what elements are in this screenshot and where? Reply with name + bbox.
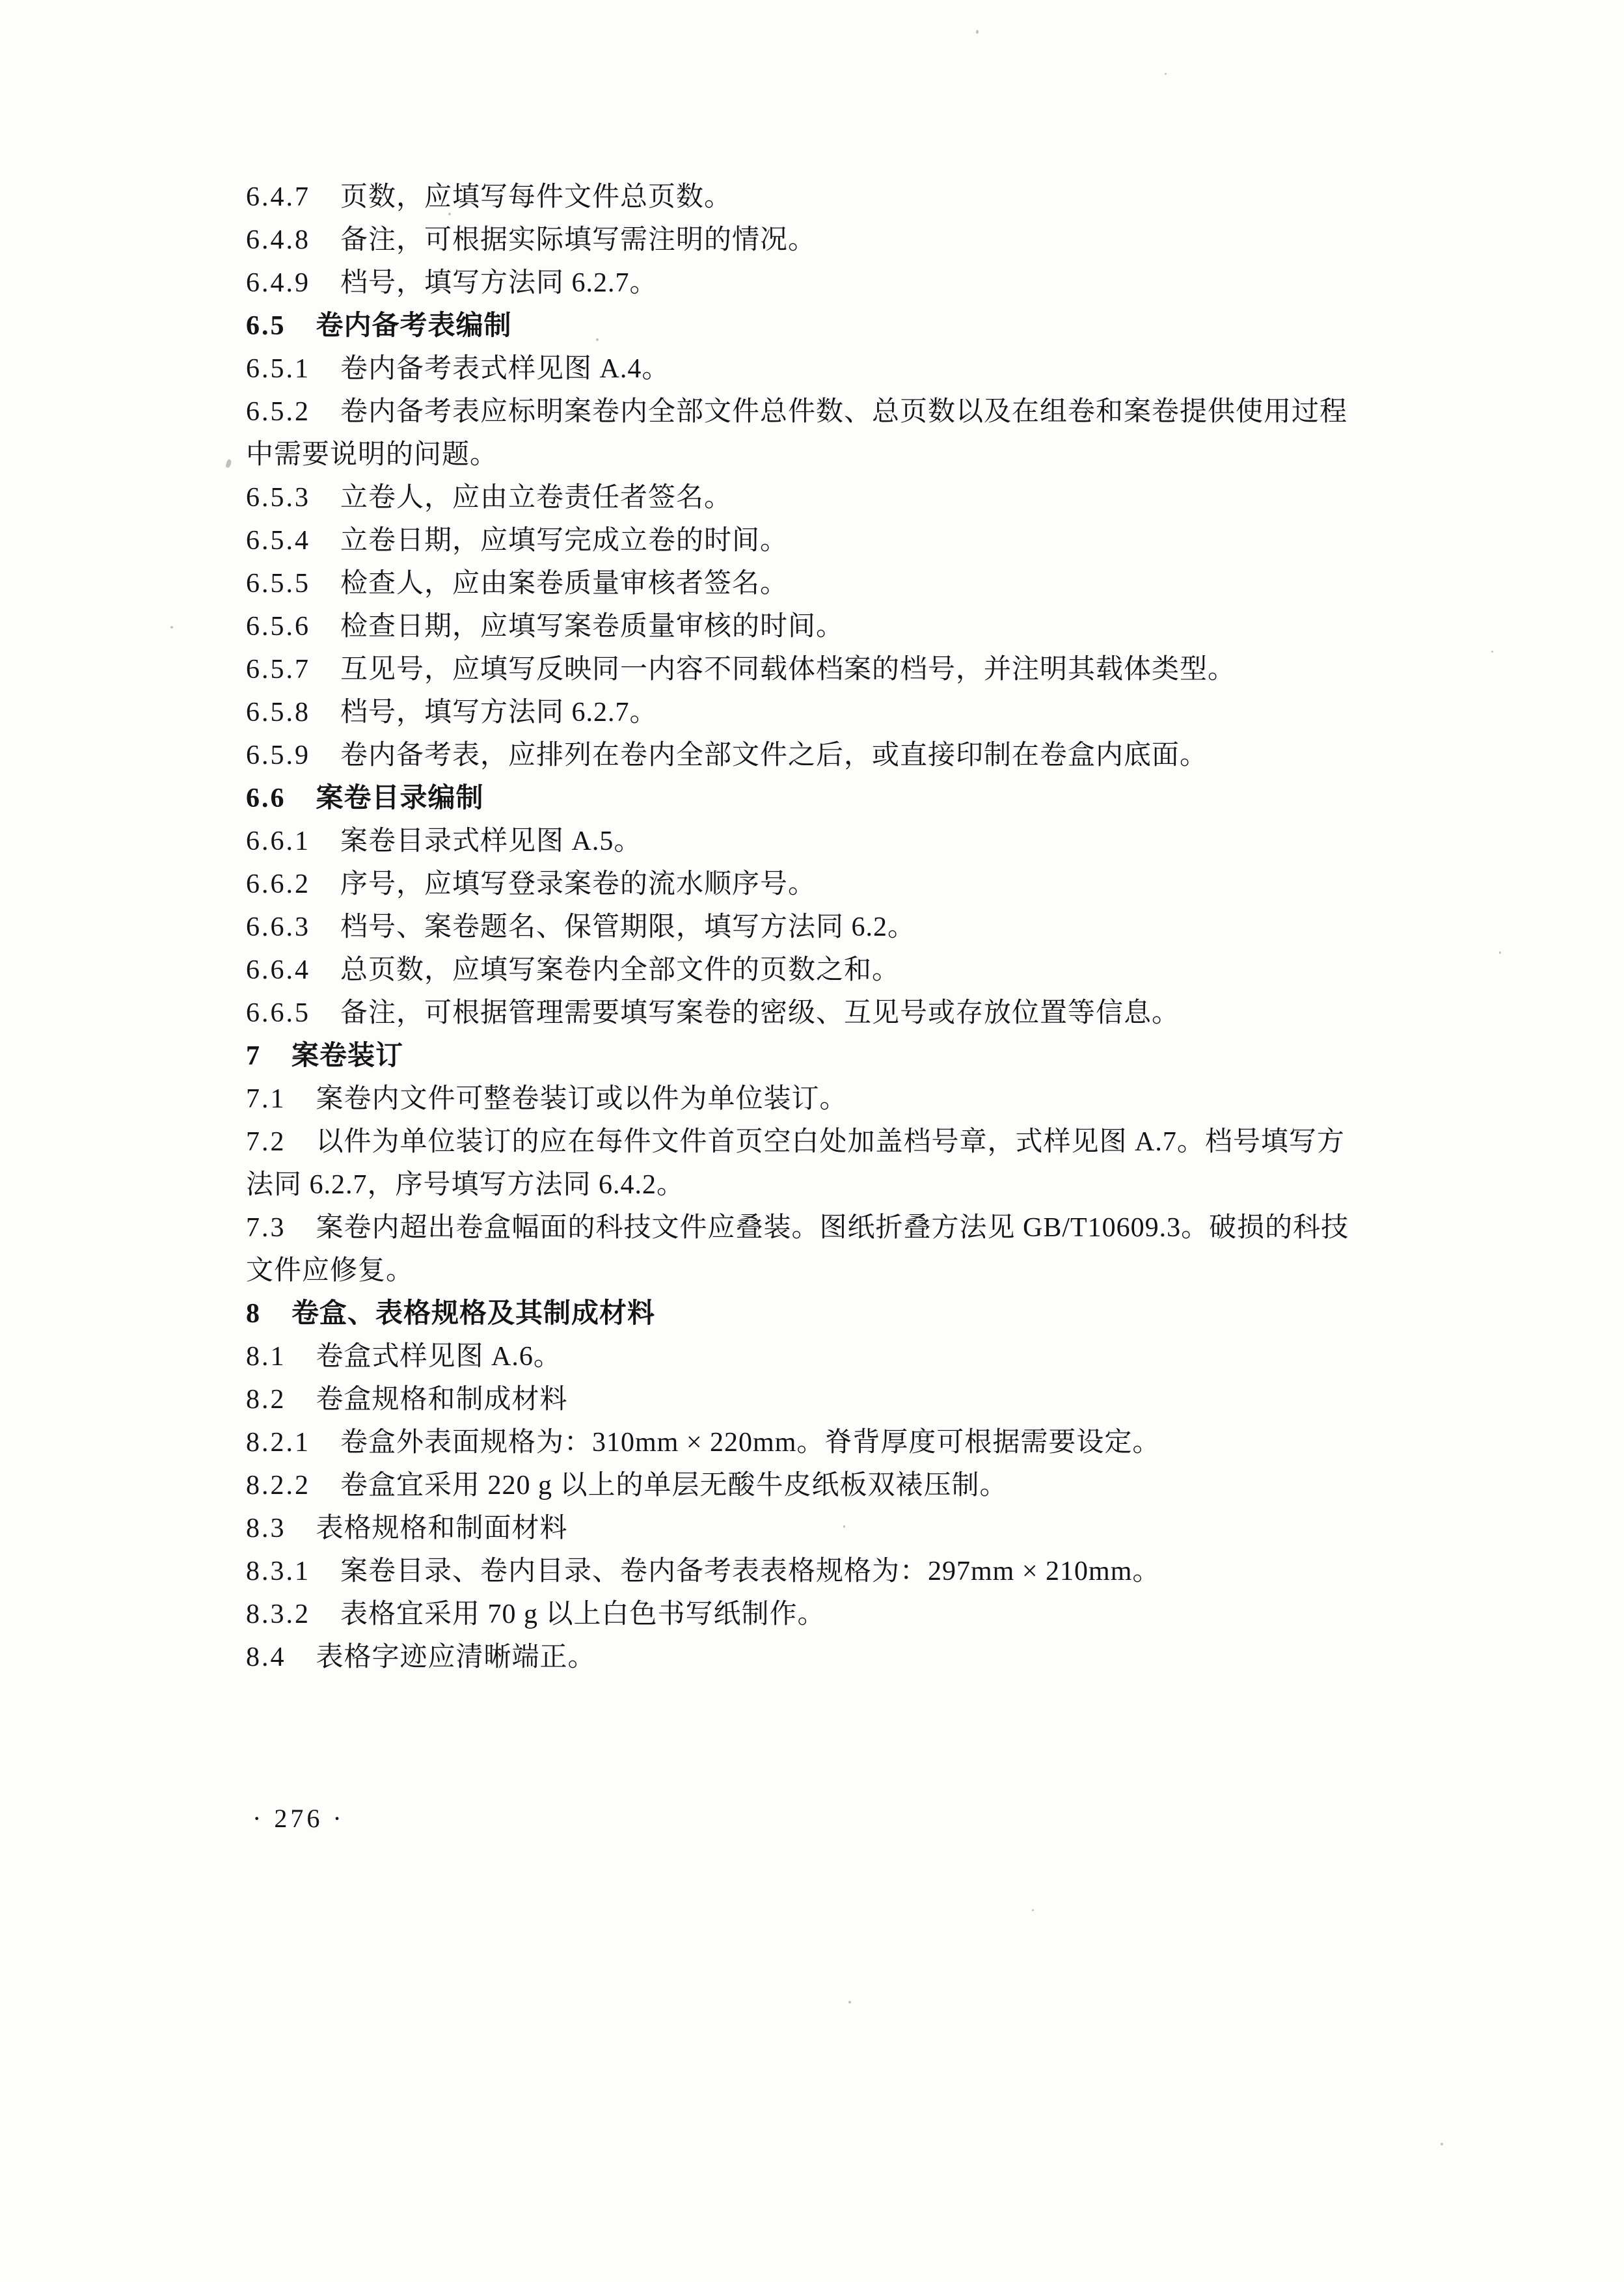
clause-number: 8.2.2: [246, 1464, 310, 1507]
clause-number: 6.5.1: [246, 347, 310, 390]
clause-number: 8.2: [246, 1378, 286, 1421]
clause-number: 7.2: [246, 1121, 286, 1163]
clause-number: 6.6.2: [246, 863, 310, 906]
clause-number: 6.4.8: [246, 219, 310, 262]
clause-text: 卷盒、表格规格及其制成材料: [291, 1292, 655, 1335]
clause-line: 8.2.1卷盒外表面规格为：310mm × 220mm。脊背厚度可根据需要设定。: [246, 1421, 1417, 1464]
clause-text: 立卷人，应由立卷责任者签名。: [340, 476, 732, 519]
scan-speck: [170, 626, 173, 629]
clause-text: 卷内备考表编制: [316, 305, 512, 347]
clause-line: 6.5.5检查人，应由案卷质量审核者签名。: [246, 562, 1417, 605]
clause-text: 档号，填写方法同 6.2.7。: [340, 691, 658, 734]
clause-text: 案卷装订: [291, 1035, 403, 1078]
page-number: · 276 ·: [252, 1802, 345, 1835]
clause-line: 6.6.5备注，可根据管理需要填写案卷的密级、互见号或存放位置等信息。: [246, 992, 1417, 1035]
clause-number: 6.6: [246, 777, 286, 820]
clause-line: 6.4.9档号，填写方法同 6.2.7。: [246, 262, 1417, 305]
clause-number: 7.3: [246, 1206, 286, 1249]
clause-heading: 6.6案卷目录编制: [246, 777, 1417, 820]
clause-number: 6.6.1: [246, 820, 310, 863]
clause-number: 7.1: [246, 1078, 286, 1121]
clause-text: 卷内备考表应标明案卷内全部文件总件数、总页数以及在组卷和案卷提供使用过程: [340, 390, 1347, 433]
clause-number: 6.6.4: [246, 949, 310, 992]
scan-speck: [225, 459, 232, 469]
clause-text: 中需要说明的问题。: [246, 433, 498, 476]
clause-text: 案卷目录编制: [316, 777, 484, 820]
clause-line: 中需要说明的问题。: [246, 433, 1417, 476]
clause-text: 文件应修复。: [246, 1249, 414, 1292]
clause-line: 8.3表格规格和制面材料: [246, 1507, 1417, 1550]
clause-line: 6.5.7互见号，应填写反映同一内容不同载体档案的档号，并注明其载体类型。: [246, 648, 1417, 691]
clause-line: 7.3案卷内超出卷盒幅面的科技文件应叠装。图纸折叠方法见 GB/T10609.3…: [246, 1206, 1417, 1249]
clause-text: 卷盒宜采用 220 g 以上的单层无酸牛皮纸板双裱压制。: [340, 1464, 1008, 1507]
clause-number: 6.5.9: [246, 734, 310, 777]
clause-text: 检查人，应由案卷质量审核者签名。: [340, 562, 788, 605]
scan-speck: [448, 213, 451, 215]
clause-heading: 8卷盒、表格规格及其制成材料: [246, 1292, 1417, 1335]
clause-text: 检查日期，应填写案卷质量审核的时间。: [340, 605, 844, 648]
clause-text: 序号，应填写登录案卷的流水顺序号。: [340, 863, 816, 906]
clause-number: 8.3: [246, 1507, 286, 1550]
document-body: 6.4.7页数，应填写每件文件总页数。6.4.8备注，可根据实际填写需注明的情况…: [246, 176, 1417, 1679]
clause-heading: 6.5卷内备考表编制: [246, 305, 1417, 347]
clause-number: 6.5.2: [246, 390, 310, 433]
clause-text: 案卷内文件可整卷装订或以件为单位装订。: [316, 1078, 848, 1121]
clause-text: 表格宜采用 70 g 以上白色书写纸制作。: [340, 1593, 826, 1636]
clause-text: 卷盒外表面规格为：310mm × 220mm。脊背厚度可根据需要设定。: [340, 1421, 1160, 1464]
scan-speck: [848, 2001, 851, 2004]
clause-line: 6.5.1卷内备考表式样见图 A.4。: [246, 347, 1417, 390]
clause-line: 6.4.8备注，可根据实际填写需注明的情况。: [246, 219, 1417, 262]
clause-text: 法同 6.2.7，序号填写方法同 6.4.2。: [246, 1163, 684, 1206]
clause-text: 以件为单位装订的应在每件文件首页空白处加盖档号章，式样见图 A.7。档号填写方: [316, 1121, 1345, 1163]
clause-text: 表格规格和制面材料: [316, 1507, 568, 1550]
clause-line: 8.2.2卷盒宜采用 220 g 以上的单层无酸牛皮纸板双裱压制。: [246, 1464, 1417, 1507]
clause-line: 6.4.7页数，应填写每件文件总页数。: [246, 176, 1417, 219]
clause-number: 6.5.7: [246, 648, 310, 691]
clause-number: 8.2.1: [246, 1421, 310, 1464]
clause-line: 6.6.4总页数，应填写案卷内全部文件的页数之和。: [246, 949, 1417, 992]
clause-number: 8: [246, 1292, 262, 1335]
clause-line: 6.5.2卷内备考表应标明案卷内全部文件总件数、总页数以及在组卷和案卷提供使用过…: [246, 390, 1417, 433]
clause-number: 8.4: [246, 1636, 286, 1679]
scan-speck: [1441, 2143, 1443, 2145]
clause-text: 备注，可根据管理需要填写案卷的密级、互见号或存放位置等信息。: [340, 992, 1180, 1035]
clause-text: 档号、案卷题名、保管期限，填写方法同 6.2。: [340, 906, 915, 949]
clause-text: 卷内备考表，应排列在卷内全部文件之后，或直接印制在卷盒内底面。: [340, 734, 1208, 777]
clause-number: 8.3.1: [246, 1550, 310, 1593]
clause-line: 6.5.8档号，填写方法同 6.2.7。: [246, 691, 1417, 734]
clause-line: 6.5.3立卷人，应由立卷责任者签名。: [246, 476, 1417, 519]
scan-speck: [843, 1525, 845, 1528]
clause-number: 8.3.2: [246, 1593, 310, 1636]
clause-line: 8.4表格字迹应清晰端正。: [246, 1636, 1417, 1679]
clause-line: 6.5.9卷内备考表，应排列在卷内全部文件之后，或直接印制在卷盒内底面。: [246, 734, 1417, 777]
clause-text: 卷盒规格和制成材料: [316, 1378, 568, 1421]
clause-text: 案卷目录、卷内目录、卷内备考表表格规格为：297mm × 210mm。: [340, 1550, 1160, 1593]
scan-speck: [1499, 951, 1501, 954]
clause-line: 6.5.4立卷日期，应填写完成立卷的时间。: [246, 519, 1417, 562]
clause-line: 8.1卷盒式样见图 A.6。: [246, 1335, 1417, 1378]
clause-line: 6.6.1案卷目录式样见图 A.5。: [246, 820, 1417, 863]
scan-speck: [1032, 1909, 1034, 1911]
clause-text: 页数，应填写每件文件总页数。: [340, 176, 732, 219]
clause-line: 7.1案卷内文件可整卷装订或以件为单位装订。: [246, 1078, 1417, 1121]
clause-number: 6.5.8: [246, 691, 310, 734]
clause-number: 7: [246, 1035, 262, 1078]
clause-line: 7.2以件为单位装订的应在每件文件首页空白处加盖档号章，式样见图 A.7。档号填…: [246, 1121, 1417, 1163]
scan-speck: [976, 30, 979, 34]
scanned-page: 6.4.7页数，应填写每件文件总页数。6.4.8备注，可根据实际填写需注明的情况…: [0, 0, 1624, 2282]
clause-line: 8.3.2表格宜采用 70 g 以上白色书写纸制作。: [246, 1593, 1417, 1636]
clause-text: 档号，填写方法同 6.2.7。: [340, 262, 658, 305]
clause-number: 6.5.5: [246, 562, 310, 605]
clause-number: 6.6.5: [246, 992, 310, 1035]
scan-speck: [596, 338, 599, 341]
scan-speck: [1491, 651, 1493, 653]
clause-text: 卷内备考表式样见图 A.4。: [340, 347, 670, 390]
scan-speck: [1165, 73, 1167, 75]
clause-number: 6.5: [246, 305, 286, 347]
clause-line: 文件应修复。: [246, 1249, 1417, 1292]
clause-text: 案卷目录式样见图 A.5。: [340, 820, 642, 863]
clause-number: 6.6.3: [246, 906, 310, 949]
clause-number: 6.5.4: [246, 519, 310, 562]
clause-text: 立卷日期，应填写完成立卷的时间。: [340, 519, 788, 562]
clause-line: 8.2卷盒规格和制成材料: [246, 1378, 1417, 1421]
clause-line: 6.5.6检查日期，应填写案卷质量审核的时间。: [246, 605, 1417, 648]
clause-number: 6.5.6: [246, 605, 310, 648]
clause-text: 总页数，应填写案卷内全部文件的页数之和。: [340, 949, 900, 992]
clause-text: 案卷内超出卷盒幅面的科技文件应叠装。图纸折叠方法见 GB/T10609.3。破损…: [316, 1206, 1349, 1249]
clause-text: 卷盒式样见图 A.6。: [316, 1335, 562, 1378]
clause-line: 法同 6.2.7，序号填写方法同 6.4.2。: [246, 1163, 1417, 1206]
clause-number: 8.1: [246, 1335, 286, 1378]
clause-number: 6.5.3: [246, 476, 310, 519]
clause-line: 6.6.3档号、案卷题名、保管期限，填写方法同 6.2。: [246, 906, 1417, 949]
clause-number: 6.4.9: [246, 262, 310, 305]
clause-text: 备注，可根据实际填写需注明的情况。: [340, 219, 816, 262]
clause-text: 表格字迹应清晰端正。: [316, 1636, 596, 1679]
clause-text: 互见号，应填写反映同一内容不同载体档案的档号，并注明其载体类型。: [340, 648, 1236, 691]
clause-number: 6.4.7: [246, 176, 310, 219]
clause-line: 8.3.1案卷目录、卷内目录、卷内备考表表格规格为：297mm × 210mm。: [246, 1550, 1417, 1593]
clause-line: 6.6.2序号，应填写登录案卷的流水顺序号。: [246, 863, 1417, 906]
clause-heading: 7案卷装订: [246, 1035, 1417, 1078]
